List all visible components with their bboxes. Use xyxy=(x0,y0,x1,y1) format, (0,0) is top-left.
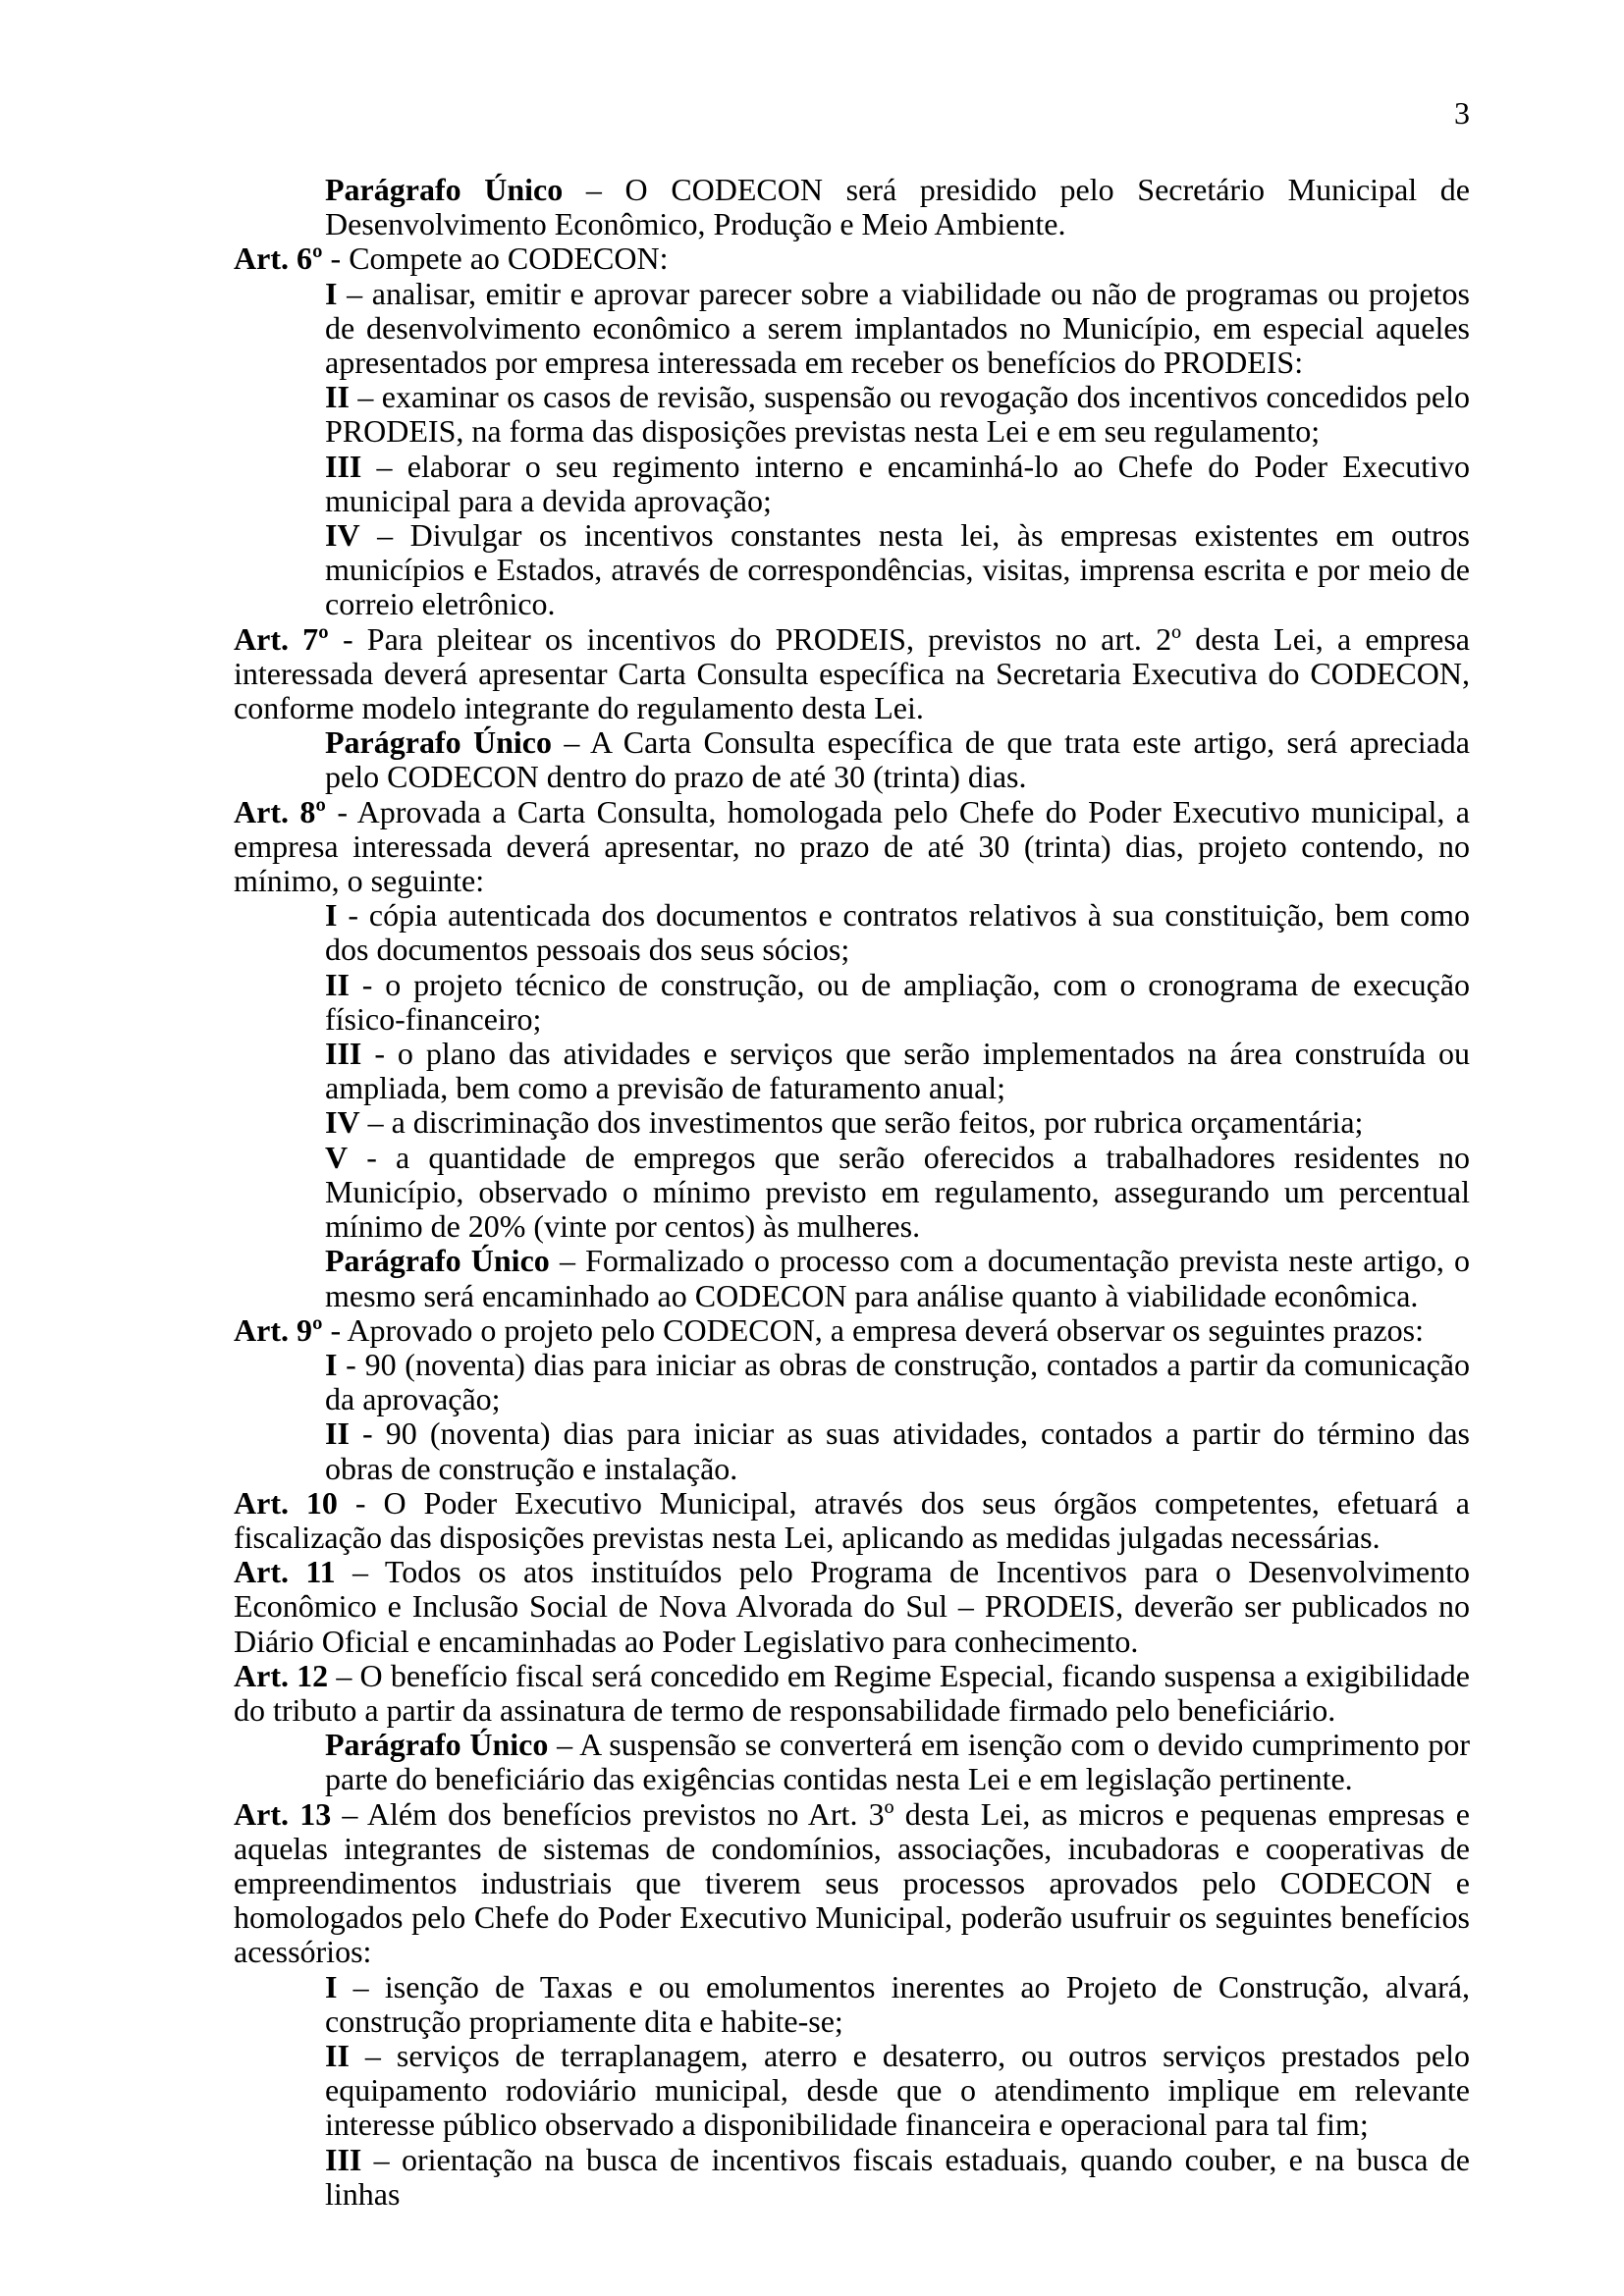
paragraph-text: – elaborar o seu regimento interno e enc… xyxy=(325,449,1470,518)
paragraph: I – isenção de Taxas e ou emolumentos in… xyxy=(325,1970,1470,2039)
paragraph: IV – a discriminação dos investimentos q… xyxy=(325,1105,1470,1140)
paragraph-label: Art. 11 xyxy=(234,1554,336,1589)
paragraph-text: - Aprovado o projeto pelo CODECON, a emp… xyxy=(323,1312,1424,1348)
paragraph: II – examinar os casos de revisão, suspe… xyxy=(325,380,1470,449)
paragraph-text: - o projeto técnico de construção, ou de… xyxy=(325,967,1470,1037)
paragraph-label: I xyxy=(325,1969,337,2004)
paragraph-text: - 90 (noventa) dias para iniciar as obra… xyxy=(325,1347,1470,1416)
paragraph-label: IV xyxy=(325,1104,360,1140)
paragraph-text: - Para pleitear os incentivos do PRODEIS… xyxy=(234,621,1470,725)
paragraph: I - cópia autenticada dos documentos e c… xyxy=(325,898,1470,967)
paragraph: Parágrafo Único – O CODECON será presidi… xyxy=(325,173,1470,241)
paragraph: Art. 11 – Todos os atos instituídos pelo… xyxy=(234,1555,1470,1659)
paragraph-label: Art. 10 xyxy=(234,1485,338,1521)
paragraph: V - a quantidade de empregos que serão o… xyxy=(325,1141,1470,1245)
paragraph-label: Art. 13 xyxy=(234,1796,331,1832)
paragraph-text: – analisar, emitir e aprovar parecer sob… xyxy=(325,276,1470,380)
paragraph-label: IV xyxy=(325,517,360,553)
paragraph: III – orientação na busca de incentivos … xyxy=(325,2143,1470,2212)
paragraph: Parágrafo Único – A suspensão se convert… xyxy=(325,1728,1470,1796)
paragraph-label: Parágrafo Único xyxy=(325,1727,548,1762)
paragraph-label: Art. 6º xyxy=(234,240,323,276)
paragraph-label: III xyxy=(325,449,361,484)
paragraph-label: III xyxy=(325,2142,361,2177)
paragraph-label: I xyxy=(325,897,337,933)
paragraph-text: – orientação na busca de incentivos fisc… xyxy=(325,2142,1470,2212)
page-number: 3 xyxy=(1454,96,1470,131)
paragraph: II - 90 (noventa) dias para iniciar as s… xyxy=(325,1416,1470,1485)
paragraph-text: - Compete ao CODECON: xyxy=(323,240,669,276)
paragraph-text: - a quantidade de empregos que serão ofe… xyxy=(325,1140,1470,1244)
paragraph-label: II xyxy=(325,1415,350,1451)
paragraph: Parágrafo Único – Formalizado o processo… xyxy=(325,1244,1470,1312)
paragraph-text: - Aprovada a Carta Consulta, homologada … xyxy=(234,794,1470,898)
paragraph-text: – isenção de Taxas e ou emolumentos iner… xyxy=(325,1969,1470,2039)
paragraph-text: – serviços de terraplanagem, aterro e de… xyxy=(325,2038,1470,2142)
paragraph: Art. 9º - Aprovado o projeto pelo CODECO… xyxy=(234,1313,1470,1348)
paragraph: Art. 7º - Para pleitear os incentivos do… xyxy=(234,622,1470,726)
paragraph-label: Art. 8º xyxy=(234,794,326,829)
paragraph: Art. 8º - Aprovada a Carta Consulta, hom… xyxy=(234,795,1470,899)
paragraph: I – analisar, emitir e aprovar parecer s… xyxy=(325,277,1470,381)
paragraph: Art. 12 – O benefício fiscal será conced… xyxy=(234,1659,1470,1728)
paragraph-label: II xyxy=(325,967,350,1002)
paragraph-label: II xyxy=(325,379,350,414)
paragraph-text: – examinar os casos de revisão, suspensã… xyxy=(325,379,1470,449)
paragraph: Art. 13 – Além dos benefícios previstos … xyxy=(234,1797,1470,1970)
paragraph-label: Art. 7º xyxy=(234,621,329,657)
paragraph: Parágrafo Único – A Carta Consulta espec… xyxy=(325,725,1470,794)
paragraph-label: I xyxy=(325,276,337,311)
paragraph-text: - O Poder Executivo Municipal, através d… xyxy=(234,1485,1470,1555)
paragraph-text: – Divulgar os incentivos constantes nest… xyxy=(325,517,1470,621)
paragraph: I - 90 (noventa) dias para iniciar as ob… xyxy=(325,1348,1470,1416)
paragraph-text: – Além dos benefícios previstos no Art. … xyxy=(234,1796,1470,1970)
paragraph-label: Parágrafo Único xyxy=(325,1243,550,1278)
paragraph-label: I xyxy=(325,1347,337,1382)
paragraph-label: Art. 12 xyxy=(234,1658,328,1693)
paragraph: Art. 10 - O Poder Executivo Municipal, a… xyxy=(234,1486,1470,1555)
paragraph-text: - cópia autenticada dos documentos e con… xyxy=(325,897,1470,967)
paragraph-text: – Todos os atos instituídos pelo Program… xyxy=(234,1554,1470,1658)
paragraph-label: V xyxy=(325,1140,348,1175)
paragraph-label: Parágrafo Único xyxy=(325,724,552,760)
paragraph-text: - o plano das atividades e serviços que … xyxy=(325,1036,1470,1105)
paragraph-text: - 90 (noventa) dias para iniciar as suas… xyxy=(325,1415,1470,1485)
paragraph: II - o projeto técnico de construção, ou… xyxy=(325,968,1470,1037)
document-page: 3 Parágrafo Único – O CODECON será presi… xyxy=(0,0,1624,2296)
paragraph-text: – O benefício fiscal será concedido em R… xyxy=(234,1658,1470,1728)
paragraph-label: Parágrafo Único xyxy=(325,172,563,207)
paragraph: III - o plano das atividades e serviços … xyxy=(325,1037,1470,1105)
paragraph: Art. 6º - Compete ao CODECON: xyxy=(234,241,1470,276)
paragraph-label: III xyxy=(325,1036,361,1071)
paragraph: II – serviços de terraplanagem, aterro e… xyxy=(325,2039,1470,2143)
paragraph-label: Art. 9º xyxy=(234,1312,323,1348)
paragraph: III – elaborar o seu regimento interno e… xyxy=(325,450,1470,518)
document-body: Parágrafo Único – O CODECON será presidi… xyxy=(234,173,1470,2212)
paragraph-text: – a discriminação dos investimentos que … xyxy=(360,1104,1364,1140)
paragraph: IV – Divulgar os incentivos constantes n… xyxy=(325,518,1470,622)
paragraph-label: II xyxy=(325,2038,350,2073)
